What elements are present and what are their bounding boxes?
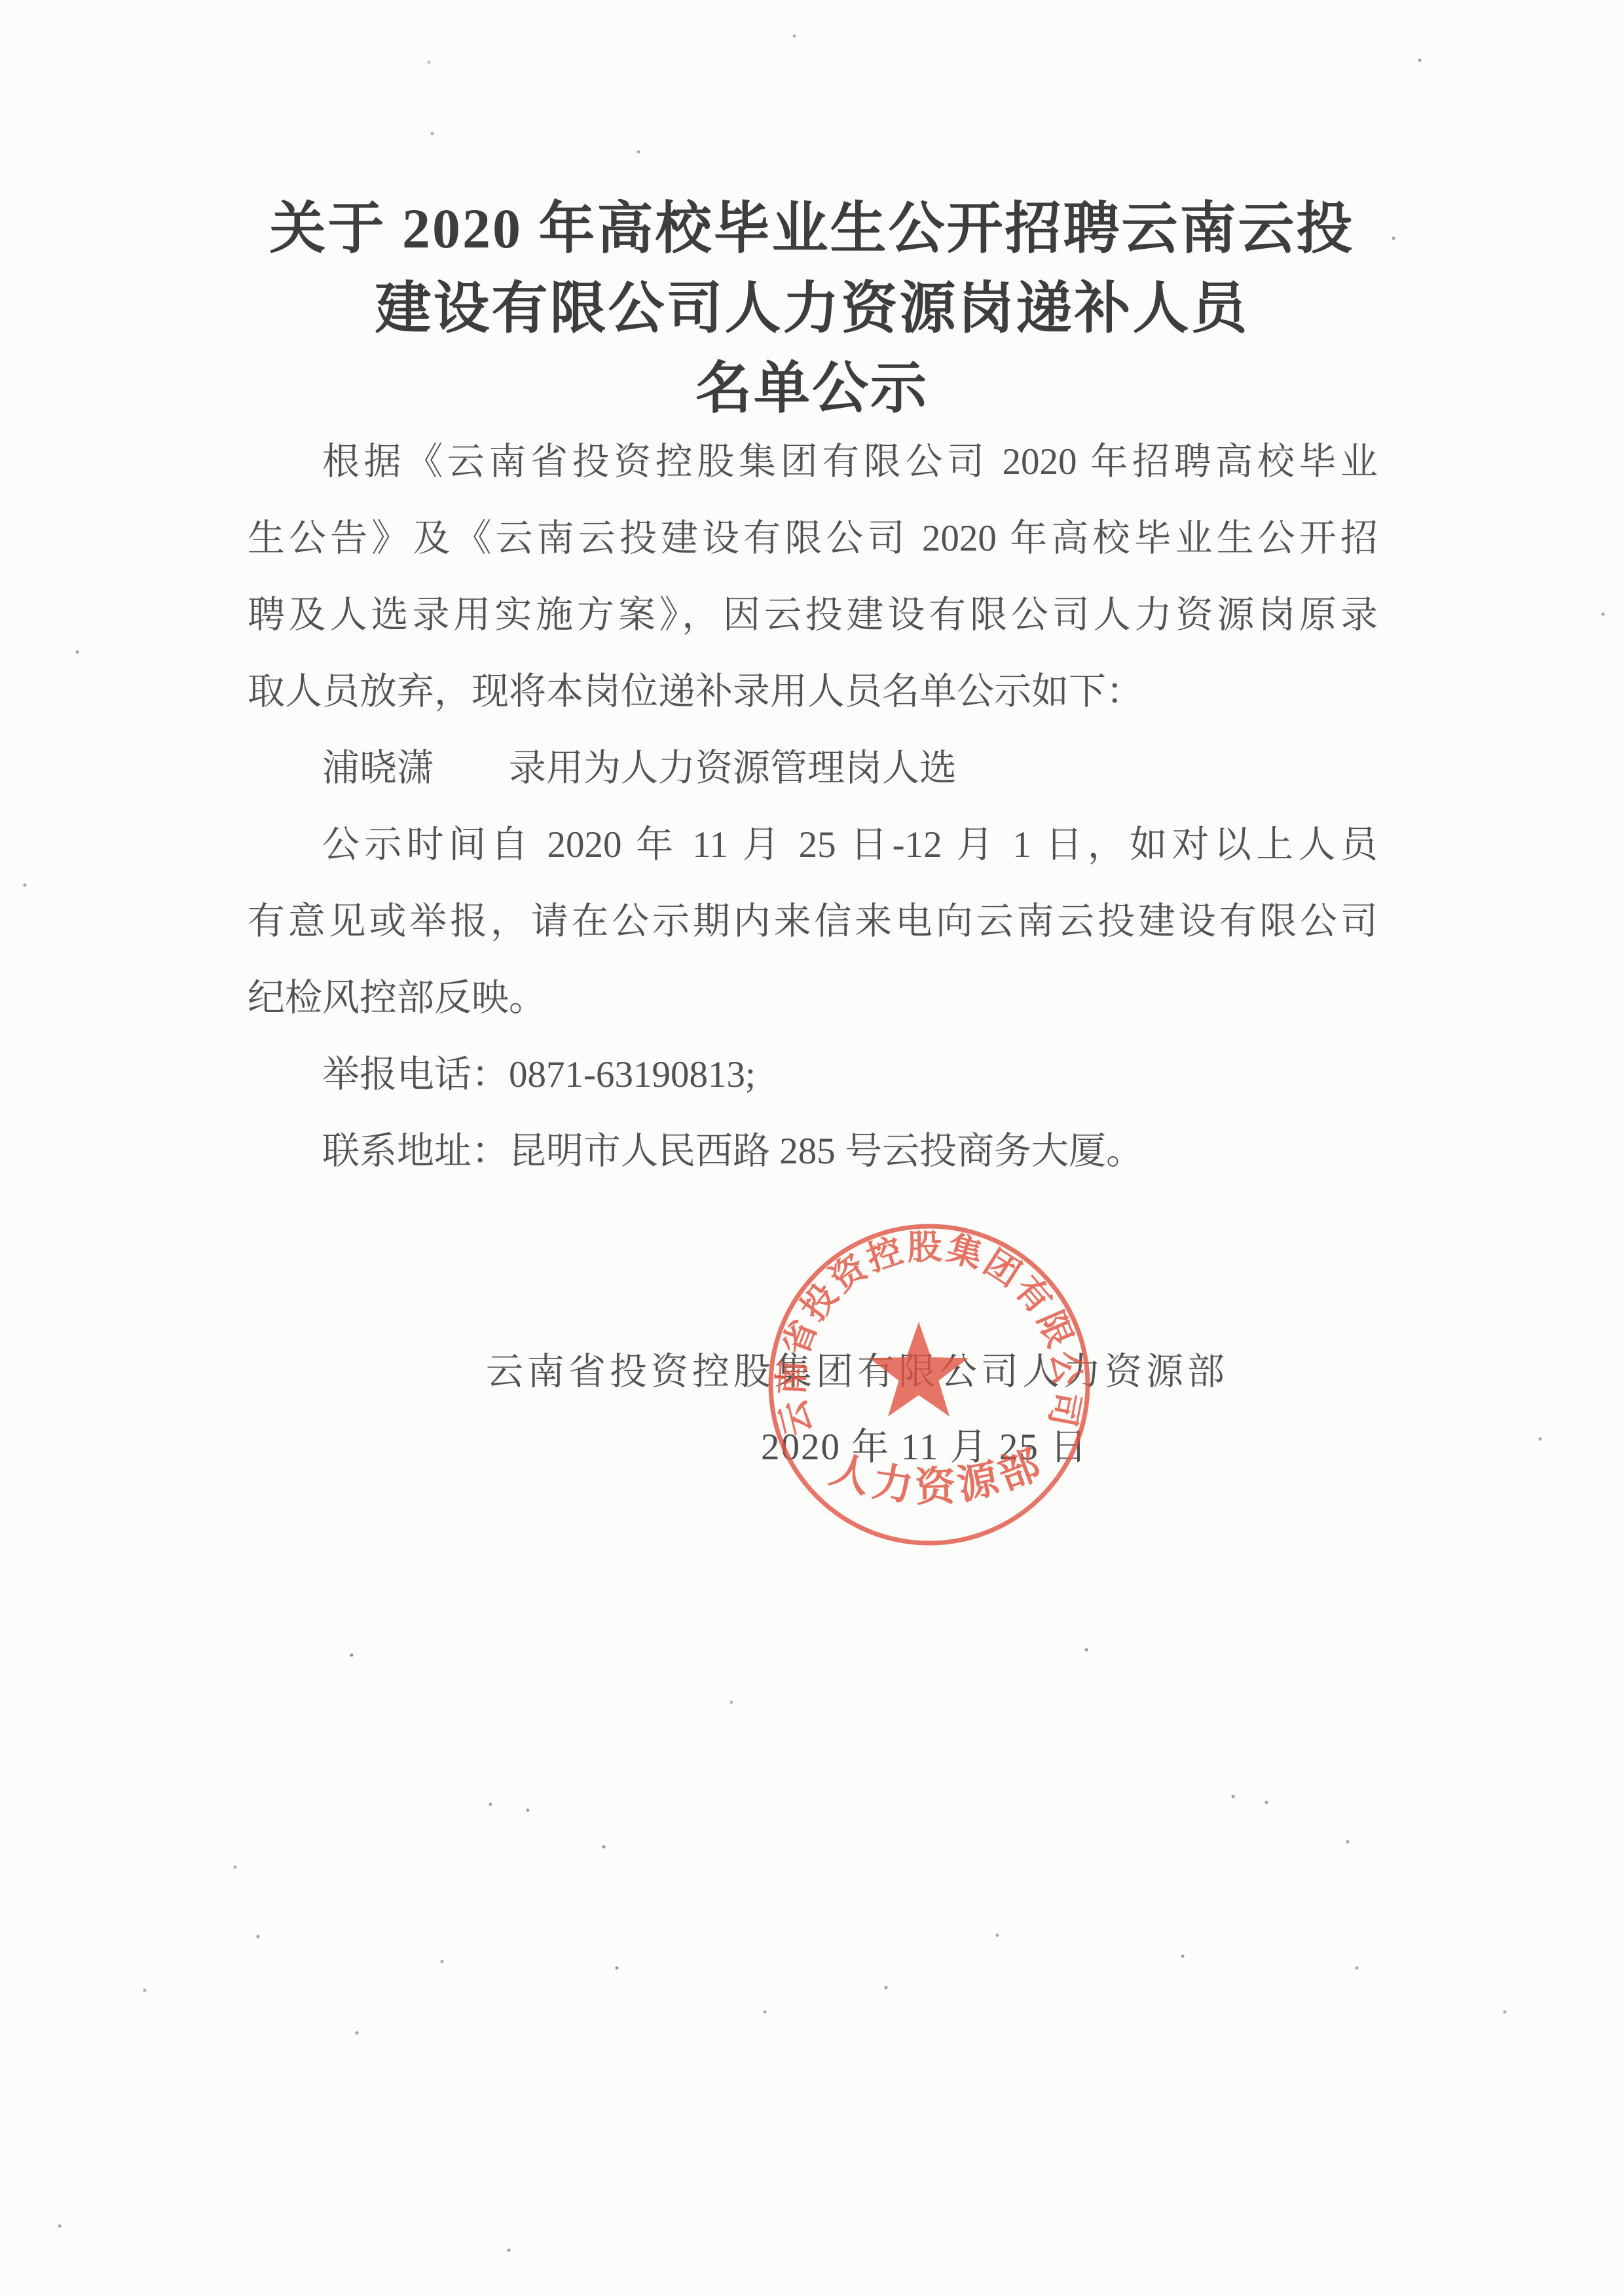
- body-line: 聘及人选录用实施方案》，因云投建设有限公司人力资源岗原录: [248, 577, 1378, 653]
- document-title: 关于 2020 年高校毕业生公开招聘云南云投 建设有限公司人力资源岗递补人员 名…: [196, 189, 1428, 428]
- body-line: 生公告》及《云南云投建设有限公司 2020 年高校毕业生公开招: [248, 500, 1378, 577]
- signature-date: 2020 年 11 月 25 日: [761, 1409, 1088, 1485]
- body-line-selected-person: 浦晓潇 录用为人力资源管理岗人选: [248, 730, 1378, 807]
- signature-department: 云南省投资控股集团有限公司人力资源部: [486, 1334, 1228, 1410]
- body-paragraphs: 根据《云南省投资控股集团有限公司 2020 年招聘高校毕业 生公告》及《云南云投…: [248, 424, 1378, 1190]
- body-line: 有意见或举报，请在公示期内来信来电向云南云投建设有限公司: [248, 883, 1378, 960]
- body-line-contact-address: 联系地址：昆明市人民西路 285 号云投商务大厦。: [248, 1113, 1378, 1190]
- title-line-2: 建设有限公司人力资源岗递补人员: [196, 268, 1428, 348]
- title-line-1: 关于 2020 年高校毕业生公开招聘云南云投: [196, 189, 1428, 268]
- body-line: 公示时间自 2020 年 11 月 25 日-12 月 1 日，如对以上人员: [248, 807, 1378, 883]
- body-line: 取人员放弃，现将本岗位递补录用人员名单公示如下：: [248, 653, 1378, 730]
- title-line-3: 名单公示: [196, 348, 1428, 428]
- body-line: 根据《云南省投资控股集团有限公司 2020 年招聘高校毕业: [248, 424, 1378, 500]
- body-line: 纪检风控部反映。: [248, 960, 1378, 1036]
- body-line-report-phone: 举报电话：0871-63190813;: [248, 1036, 1378, 1113]
- document-page: 关于 2020 年高校毕业生公开招聘云南云投 建设有限公司人力资源岗递补人员 名…: [0, 0, 1624, 2296]
